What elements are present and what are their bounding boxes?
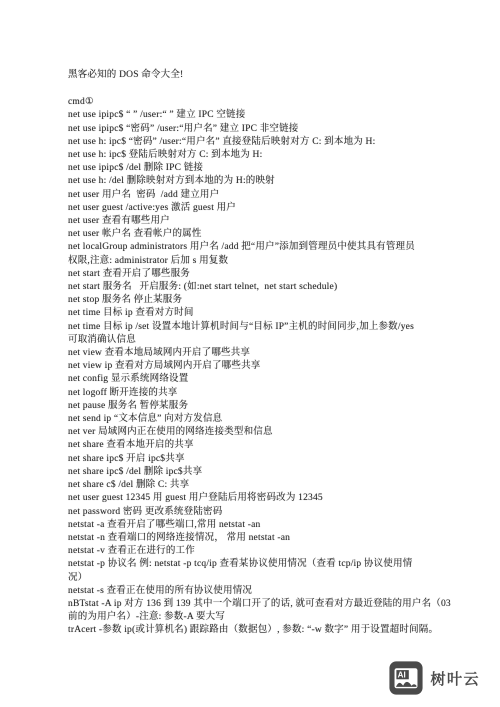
doc-line: netstat -p 协议名 例: netstat -p tcq/ip 查看某协…	[68, 558, 446, 571]
doc-line: net share 查看本地开启的共享	[68, 439, 446, 452]
doc-line: net time 目标 ip 查看对方时间	[68, 307, 446, 320]
doc-line: net start 查看开启了哪些服务	[68, 268, 446, 281]
doc-line: net user 查看有哪些用户	[68, 215, 446, 228]
doc-line: net view ip 查看对方局域网内开启了哪些共享	[68, 360, 446, 373]
watermark: AI 树叶云	[389, 661, 480, 695]
doc-line: net use ipipc$ “密码” /user:“用户名” 建立 IPC 非…	[68, 123, 446, 136]
doc-line: net config 显示系统网络设置	[68, 373, 446, 386]
doc-line: net use h: ipc$ “密码” /user:“用户名” 直接登陆后映射…	[68, 136, 446, 149]
doc-line: net user guest /active:yes 激活 guest 用户	[68, 202, 446, 215]
document-page: 黑客必知的 DOS 命令大全! cmd①net use ipipc$ “ ” /…	[0, 0, 500, 707]
doc-line: net user 用户名 密码 /add 建立用户	[68, 189, 446, 202]
document-title: 黑客必知的 DOS 命令大全!	[68, 69, 446, 82]
doc-line: net localGroup administrators 用户名 /add 把…	[68, 241, 446, 254]
doc-line: net use ipipc$ /del 删除 IPC 链接	[68, 162, 446, 175]
doc-line: 可取消确认信息	[68, 334, 446, 347]
doc-line: net share ipc$ 开启 ipc$共享	[68, 453, 446, 466]
doc-line: trAcert -参数 ip(或计算机名) 跟踪路由（数据包）, 参数: “-w…	[68, 624, 446, 637]
doc-line: netstat -n 查看端口的网络连接情况， 常用 netstat -an	[68, 532, 446, 545]
doc-line: net share c$ /del 删除 C: 共享	[68, 479, 446, 492]
doc-line: net ver 局域网内正在使用的网络连接类型和信息	[68, 426, 446, 439]
doc-line: net use h: ipc$ 登陆后映射对方 C: 到本地为 H:	[68, 149, 446, 162]
doc-line: net share ipc$ /del 删除 ipc$共享	[68, 466, 446, 479]
doc-line: 况）	[68, 572, 446, 585]
doc-line: netstat -s 查看正在使用的所有协议使用情况	[68, 585, 446, 598]
doc-line: net user 帐户名 查看帐户的属性	[68, 228, 446, 241]
doc-line: netstat -a 查看开启了哪些端口,常用 netstat -an	[68, 519, 446, 532]
doc-line: net logoff 断开连接的共享	[68, 387, 446, 400]
logo-ai-label: AI	[398, 671, 406, 680]
doc-line: 权限,注意: administrator 后加 s 用复数	[68, 255, 446, 268]
doc-line: net pause 服务名 暂停某服务	[68, 400, 446, 413]
doc-line: net view 查看本地局域网内开启了哪些共享	[68, 347, 446, 360]
ai-photo-logo-icon: AI	[389, 661, 423, 695]
doc-line: net use ipipc$ “ ” /user:“ ” 建立 IPC 空链接	[68, 109, 446, 122]
doc-line: cmd①	[68, 96, 446, 109]
doc-line: net start 服务名 开启服务: (如:net start telnet,…	[68, 281, 446, 294]
doc-line: net use h: /del 删除映射对方到本地的为 H:的映射	[68, 175, 446, 188]
doc-line: net stop 服务名 停止某服务	[68, 294, 446, 307]
watermark-brand-text: 树叶云	[430, 668, 480, 689]
document-body: 黑客必知的 DOS 命令大全! cmd①net use ipipc$ “ ” /…	[68, 69, 446, 638]
doc-line: net time 目标 ip /set 设置本地计算机时间与“目标 IP”主机的…	[68, 321, 446, 334]
doc-line: nBTstat -A ip 对方 136 到 139 其中一个端口开了的话, 就…	[68, 598, 446, 611]
command-list: cmd①net use ipipc$ “ ” /user:“ ” 建立 IPC …	[68, 96, 446, 637]
doc-line: net password 密码 更改系统登陆密码	[68, 506, 446, 519]
doc-line: 前的为用户名）-注意: 参数-A 要大写	[68, 611, 446, 624]
doc-line: net send ip “文本信息” 向对方发信息	[68, 413, 446, 426]
doc-line: netstat -v 查看正在进行的工作	[68, 545, 446, 558]
doc-line: net user guest 12345 用 guest 用户登陆后用将密码改为…	[68, 492, 446, 505]
